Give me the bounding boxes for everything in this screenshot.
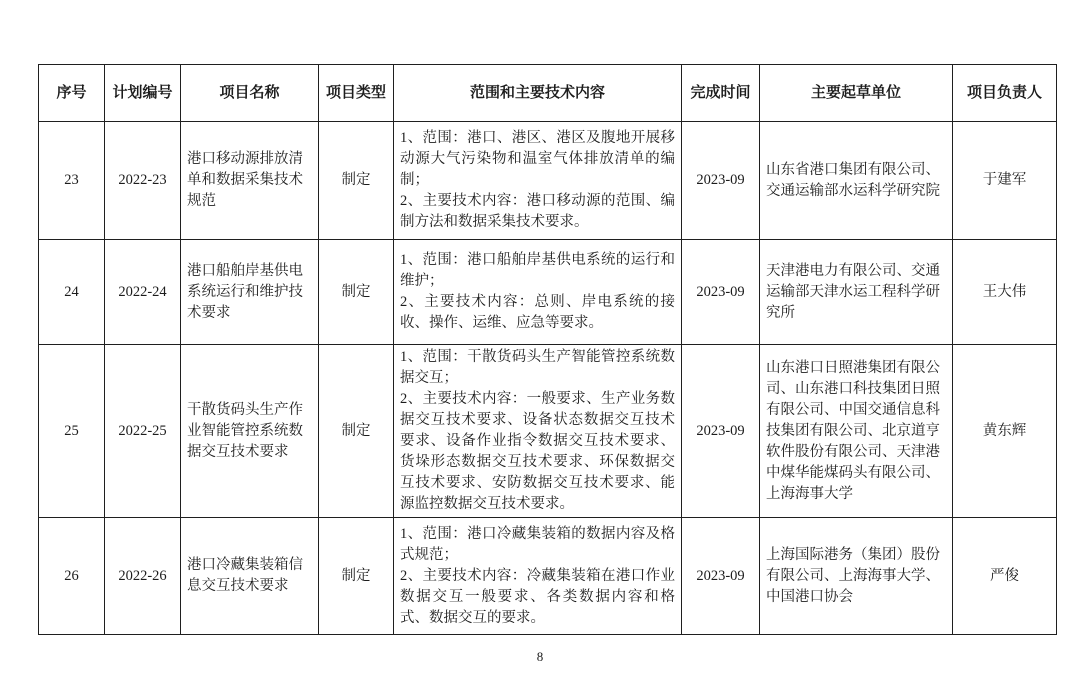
cell-scope: 1、范围：港口、港区、港区及腹地开展移动源大气污染物和温室气体排放清单的编制； … [394,122,682,240]
table-row: 23 2022-23 港口移动源排放清单和数据采集技术规范 制定 1、范围：港口… [39,122,1057,240]
cell-drafters: 山东港口日照港集团有限公司、山东港口科技集团日照有限公司、中国交通信息科技集团有… [760,345,953,518]
cell-project-type: 制定 [319,240,394,345]
cell-scope: 1、范围：港口船舶岸基供电系统的运行和维护； 2、主要技术内容：总则、岸电系统的… [394,240,682,345]
cell-project-name: 港口移动源排放清单和数据采集技术规范 [181,122,319,240]
col-header-scope: 范围和主要技术内容 [394,65,682,122]
cell-project-type: 制定 [319,345,394,518]
cell-scope: 1、范围：干散货码头生产智能管控系统数据交互； 2、主要技术内容：一般要求、生产… [394,345,682,518]
table-header-row: 序号 计划编号 项目名称 项目类型 范围和主要技术内容 完成时间 主要起草单位 … [39,65,1057,122]
cell-project-name: 干散货码头生产作业智能管控系统数据交互技术要求 [181,345,319,518]
cell-finish-time: 2023-09 [682,240,760,345]
col-header-drafters: 主要起草单位 [760,65,953,122]
document-page: 序号 计划编号 项目名称 项目类型 范围和主要技术内容 完成时间 主要起草单位 … [0,0,1080,694]
cell-finish-time: 2023-09 [682,518,760,635]
cell-plan-no: 2022-24 [105,240,181,345]
col-header-finish-time: 完成时间 [682,65,760,122]
cell-plan-no: 2022-26 [105,518,181,635]
cell-leader: 黄东辉 [953,345,1057,518]
cell-leader: 王大伟 [953,240,1057,345]
cell-project-type: 制定 [319,518,394,635]
cell-finish-time: 2023-09 [682,122,760,240]
standards-plan-table: 序号 计划编号 项目名称 项目类型 范围和主要技术内容 完成时间 主要起草单位 … [38,64,1057,635]
table-row: 24 2022-24 港口船舶岸基供电系统运行和维护技术要求 制定 1、范围：港… [39,240,1057,345]
col-header-leader: 项目负责人 [953,65,1057,122]
cell-plan-no: 2022-23 [105,122,181,240]
col-header-project-name: 项目名称 [181,65,319,122]
cell-scope: 1、范围：港口冷藏集装箱的数据内容及格式规范； 2、主要技术内容：冷藏集装箱在港… [394,518,682,635]
table-row: 25 2022-25 干散货码头生产作业智能管控系统数据交互技术要求 制定 1、… [39,345,1057,518]
table-row: 26 2022-26 港口冷藏集装箱信息交互技术要求 制定 1、范围：港口冷藏集… [39,518,1057,635]
cell-seq: 25 [39,345,105,518]
cell-seq: 26 [39,518,105,635]
cell-seq: 23 [39,122,105,240]
cell-project-name: 港口冷藏集装箱信息交互技术要求 [181,518,319,635]
cell-drafters: 山东省港口集团有限公司、交通运输部水运科学研究院 [760,122,953,240]
col-header-project-type: 项目类型 [319,65,394,122]
cell-project-name: 港口船舶岸基供电系统运行和维护技术要求 [181,240,319,345]
cell-plan-no: 2022-25 [105,345,181,518]
cell-drafters: 天津港电力有限公司、交通运输部天津水运工程科学研究所 [760,240,953,345]
cell-drafters: 上海国际港务（集团）股份有限公司、上海海事大学、中国港口协会 [760,518,953,635]
col-header-seq: 序号 [39,65,105,122]
cell-seq: 24 [39,240,105,345]
col-header-plan-no: 计划编号 [105,65,181,122]
cell-leader: 于建军 [953,122,1057,240]
cell-leader: 严俊 [953,518,1057,635]
cell-finish-time: 2023-09 [682,345,760,518]
page-number: 8 [0,649,1080,665]
cell-project-type: 制定 [319,122,394,240]
